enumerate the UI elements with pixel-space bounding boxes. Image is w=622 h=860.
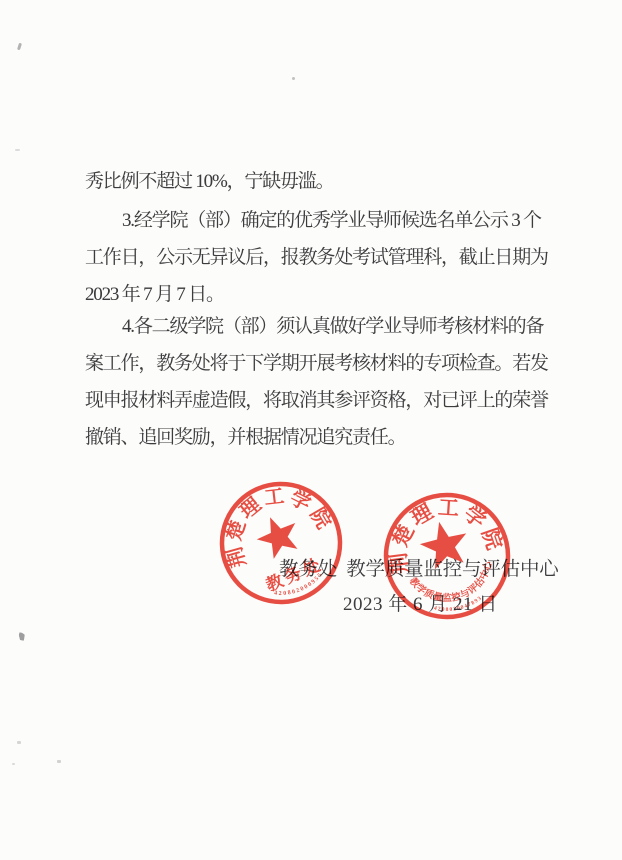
body-line: 3.经学院（部）确定的优秀学业导师候选名单公示 3 个 xyxy=(122,210,541,232)
body-line: 工作日，公示无异议后，报教务处考试管理科，截止日期为 xyxy=(85,247,548,269)
body-line: 现申报材料弄虚造假，将取消其参评资格，对已评上的荣誉 xyxy=(85,390,548,412)
body-line: 撤销、追回奖励，并根据情况追究责任。 xyxy=(85,427,405,449)
scan-speck xyxy=(18,632,25,642)
official-seal-left: 荆楚理工学院 教务处 420802000955 xyxy=(215,477,347,609)
scan-speck xyxy=(17,43,22,51)
scan-speck xyxy=(12,763,15,765)
scan-speck xyxy=(17,741,21,744)
scanned-notice-page: 秀比例不超过 10%，宁缺毋滥。 3.经学院（部）确定的优秀学业导师候选名单公示… xyxy=(0,0,622,860)
scan-speck xyxy=(292,77,295,80)
seal-star-icon xyxy=(251,509,305,562)
body-line: 秀比例不超过 10%，宁缺毋滥。 xyxy=(85,171,333,193)
scan-speck xyxy=(57,760,61,763)
body-line: 4.各二级学院（部）须认真做好学业导师考核材料的备 xyxy=(122,316,543,338)
official-seal-right: 荆楚理工学院 教学质量监控与评估中心 4208020047893 xyxy=(379,488,515,624)
scan-speck xyxy=(15,149,20,151)
body-line: 案工作，教务处将于下学期开展考核材料的专项检查。若发 xyxy=(85,353,548,375)
body-line: 2023 年 7 月 7 日。 xyxy=(85,284,224,306)
